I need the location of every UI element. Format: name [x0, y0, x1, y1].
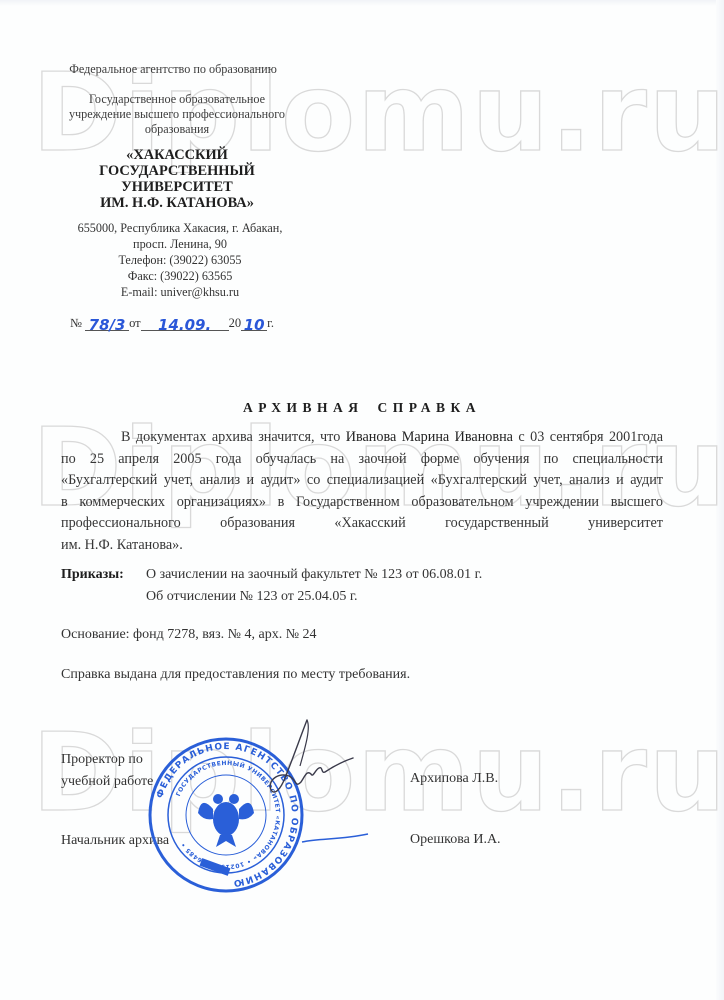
certificate-body: В документах архива значится, что Иванов… — [61, 427, 663, 556]
university-name-line-3: УНИВЕРСИТЕТ — [52, 179, 302, 195]
document-title: АРХИВНАЯСПРАВКА — [0, 400, 724, 416]
email-line: E-mail: univer@khsu.ru — [60, 284, 300, 300]
order-expulsion: Об отчислении № 123 от 25.04.05 г. — [146, 586, 482, 608]
reference-number-line: № 78/3от14.09.2010г. — [70, 316, 274, 331]
signatory-2-name: Орешкова И.А. — [410, 832, 501, 848]
student-name: Иванова Марина Ивановна — [346, 429, 513, 445]
signature-dash-icon — [300, 832, 370, 846]
document-page: Diplomu.ru Diplomu.ru Diplomu.ru Федерал… — [0, 0, 724, 1000]
phone-line: Телефон: (39022) 63055 — [60, 252, 300, 268]
signatory-1-name: Архипова Л.В. — [410, 771, 498, 787]
body-line-6: им. Н.Ф. Катанова». — [61, 535, 663, 557]
number-sign: № — [70, 316, 82, 330]
fax-line: Факс: (39022) 63565 — [60, 268, 300, 284]
order-enrollment: О зачислении на заочный факультет № 123 … — [146, 564, 482, 586]
agency-name: Федеральное агентство по образованию — [48, 62, 298, 77]
reference-number: 78/3 — [89, 316, 126, 334]
reference-number-blank: 78/3 — [85, 316, 129, 331]
reference-year-blank: 10 — [241, 316, 267, 331]
document-content: Федеральное агентство по образованию Гос… — [0, 0, 724, 1000]
body-line-1: В документах архива значится, что Иванов… — [61, 427, 663, 449]
purpose-line: Справка выдана для предоставления по мес… — [61, 667, 410, 683]
orders-list: О зачислении на заочный факультет № 123 … — [146, 564, 482, 608]
signatory-1-position: Проректор по учебной работе — [61, 749, 153, 793]
body-line-2: по 25 апреля 2005 года обучалась на заоч… — [61, 449, 663, 471]
title-word-1: АРХИВНАЯ — [243, 400, 364, 415]
body-line-5: профессионального образования «Хакасский… — [61, 513, 663, 535]
orders-label: Приказы: — [61, 564, 124, 586]
signature-icon — [245, 718, 355, 808]
year-suffix: г. — [267, 316, 274, 330]
institution-type-line-2: учреждение высшего профессионального — [52, 107, 302, 122]
basis-line: Основание: фонд 7278, вяз. № 4, арх. № 2… — [61, 627, 317, 643]
reference-date-blank: 14.09. — [141, 316, 229, 331]
body-line-4: в коммерческих организациях» в Государст… — [61, 492, 663, 514]
university-name-line-4: ИМ. Н.Ф. КАТАНОВА» — [52, 195, 302, 211]
date-prefix: от — [129, 316, 141, 330]
reference-date: 14.09. — [158, 316, 211, 334]
institution-type-line-3: образования — [52, 122, 302, 137]
university-name-line-2: ГОСУДАРСТВЕННЫЙ — [52, 163, 302, 179]
address-line: 655000, Республика Хакасия, г. Абакан, — [60, 220, 300, 236]
university-name-line-1: «ХАКАССКИЙ — [52, 147, 302, 163]
body-line-3: «Бухгалтерский учет, анализ и аудит» со … — [61, 470, 663, 492]
institution-type-line-1: Государственное образовательное — [52, 92, 302, 107]
year-prefix: 20 — [229, 316, 242, 330]
title-word-2: СПРАВКА — [377, 400, 481, 415]
reference-year: 10 — [244, 316, 265, 334]
street-line: просп. Ленина, 90 — [60, 236, 300, 252]
